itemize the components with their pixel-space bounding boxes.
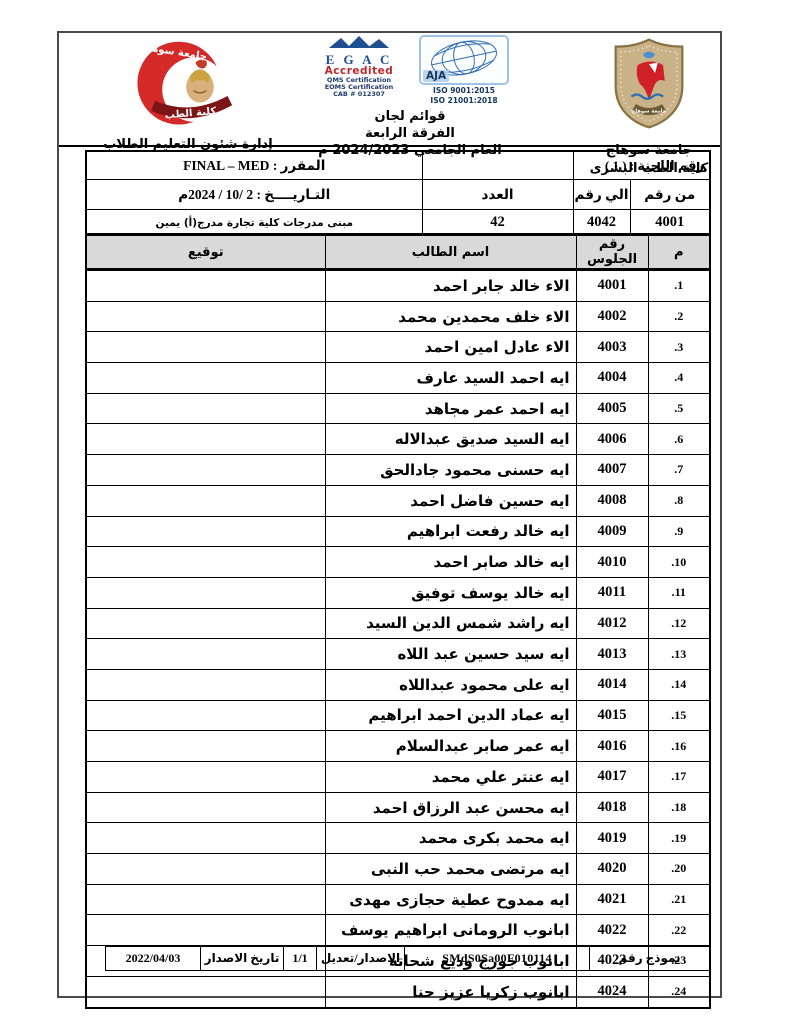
- row-index: 20.: [648, 854, 710, 885]
- seat-number: 4022: [576, 915, 648, 946]
- table-row: 3. 4003 الاء عادل امين احمد: [86, 332, 710, 363]
- table-row: 6. 4006 ايه السيد صديق عبدالاله: [86, 424, 710, 455]
- signature-cell: [86, 332, 325, 363]
- university-shield-icon: جامعة سوهاج: [605, 37, 693, 137]
- signature-cell: [86, 270, 325, 302]
- row-index: 17.: [648, 762, 710, 793]
- signature-cell: [86, 485, 325, 516]
- signature-cell: [86, 516, 325, 547]
- from-number-label: من رقم: [630, 180, 710, 210]
- aja-globe-box: AJA: [419, 35, 509, 85]
- student-name: ايه سيد حسين عبد اللاه: [325, 639, 576, 670]
- student-name: ايه ممدوح عطية حجازى مهدى: [325, 884, 576, 915]
- students-table: م رقم الجلوس اسم الطالب توقيع 1. 4001 ال…: [85, 233, 711, 1009]
- table-row: 8. 4008 ايه حسين فاضل احمد: [86, 485, 710, 516]
- seat-number: 4018: [576, 792, 648, 823]
- student-name: ايه عمر صابر عبدالسلام: [325, 731, 576, 762]
- seat-number: 4002: [576, 301, 648, 332]
- table-row: 21. 4021 ايه ممدوح عطية حجازى مهدى: [86, 884, 710, 915]
- table-row: 11. 4011 ايه خالد يوسف توفيق: [86, 577, 710, 608]
- student-name: ايه خالد يوسف توفيق: [325, 577, 576, 608]
- signature-cell: [86, 762, 325, 793]
- form-number-label: نموذج رقم: [590, 947, 710, 971]
- student-name: ايه مرتضى محمد حب النبى: [325, 854, 576, 885]
- student-name: ايه السيد صديق عبدالاله: [325, 424, 576, 455]
- row-index: 15.: [648, 700, 710, 731]
- seat-number: 4008: [576, 485, 648, 516]
- table-row: 17. 4017 ايه عنتر علي محمد: [86, 762, 710, 793]
- seat-number: 4017: [576, 762, 648, 793]
- student-name: ايه خالد صابر احمد: [325, 547, 576, 578]
- signature-cell: [86, 915, 325, 946]
- egac-cert-line: CAB # 012307: [310, 91, 408, 98]
- student-name: ايه راشد شمس الدين السيد: [325, 608, 576, 639]
- student-name: الاء خلف محمدين محمد: [325, 301, 576, 332]
- row-index: 16.: [648, 731, 710, 762]
- seat-number: 4012: [576, 608, 648, 639]
- student-name: ايه حسين فاضل احمد: [325, 485, 576, 516]
- table-row: 16. 4016 ايه عمر صابر عبدالسلام: [86, 731, 710, 762]
- row-index: 24.: [648, 976, 710, 1007]
- student-name: ايه عنتر علي محمد: [325, 762, 576, 793]
- student-name: ايه احمد عمر مجاهد: [325, 393, 576, 424]
- student-name: ايه على محمود عبداللاه: [325, 669, 576, 700]
- row-index: 12.: [648, 608, 710, 639]
- seat-number: 4010: [576, 547, 648, 578]
- student-name: الاء عادل امين احمد: [325, 332, 576, 363]
- table-row: 20. 4020 ايه مرتضى محمد حب النبى: [86, 854, 710, 885]
- form-number-value: SMdS0Sa00F010114: [405, 947, 590, 971]
- seat-number: 4007: [576, 455, 648, 486]
- seat-number: 4011: [576, 577, 648, 608]
- student-name: ايه عماد الدين احمد ابراهيم: [325, 700, 576, 731]
- student-name: ابانوب زكريا عزيز حنا: [325, 976, 576, 1007]
- header-center-block: E G A C Accredited QMS Certification EOM…: [295, 35, 525, 159]
- exam-date-cell: التـاريــــخ : 2 /10 / 2024م: [86, 180, 422, 210]
- student-name: الاء خالد جابر احمد: [325, 270, 576, 302]
- seat-number: 4014: [576, 669, 648, 700]
- info-row-2: من رقم الي رقم العدد التـاريــــخ : 2 /1…: [86, 180, 710, 210]
- row-index: 6.: [648, 424, 710, 455]
- signature-cell: [86, 669, 325, 700]
- seat-number: 4015: [576, 700, 648, 731]
- to-number-label: الي رقم: [573, 180, 630, 210]
- certification-logos-row: E G A C Accredited QMS Certification EOM…: [295, 35, 525, 106]
- row-index: 1.: [648, 270, 710, 302]
- signature-cell: [86, 731, 325, 762]
- students-table-header: م رقم الجلوس اسم الطالب توقيع: [86, 235, 710, 270]
- row-index: 19.: [648, 823, 710, 854]
- signature-cell: [86, 792, 325, 823]
- seat-number: 4009: [576, 516, 648, 547]
- seat-number: 4001: [576, 270, 648, 302]
- faculty-crescent-logo-block: جامعة سوهاج كلية الطب إدارة شئون التعليم…: [81, 39, 295, 152]
- student-name: ابانوب الرومانى ابراهيم يوسف: [325, 915, 576, 946]
- table-row: 18. 4018 ايه محسن عبد الرزاق احمد: [86, 792, 710, 823]
- aja-logo: AJA ISO 9001:2015 ISO 21001:2018: [418, 35, 510, 106]
- table-row: 22. 4022 ابانوب الرومانى ابراهيم يوسف: [86, 915, 710, 946]
- row-index: 22.: [648, 915, 710, 946]
- row-index: 5.: [648, 393, 710, 424]
- signature-cell: [86, 393, 325, 424]
- row-index: 18.: [648, 792, 710, 823]
- table-row: 14. 4014 ايه على محمود عبداللاه: [86, 669, 710, 700]
- count-label: العدد: [422, 180, 573, 210]
- signature-cell: [86, 884, 325, 915]
- signature-cell: [86, 301, 325, 332]
- signature-cell: [86, 424, 325, 455]
- signature-cell: [86, 854, 325, 885]
- signature-cell: [86, 547, 325, 578]
- form-footer-table: نموذج رقم SMdS0Sa00F010114 الاصدار/تعديل…: [105, 946, 710, 971]
- row-index: 21.: [648, 884, 710, 915]
- student-name: ايه محمد بكرى محمد: [325, 823, 576, 854]
- seat-number: 4016: [576, 731, 648, 762]
- shield-banner-text: جامعة سوهاج: [632, 108, 667, 114]
- table-row: 1. 4001 الاء خالد جابر احمد: [86, 270, 710, 302]
- aja-iso-line: ISO 21001:2018: [418, 96, 510, 105]
- seat-number: 4013: [576, 639, 648, 670]
- table-row: 13. 4013 ايه سيد حسين عبد اللاه: [86, 639, 710, 670]
- student-name: ايه احمد السيد عارف: [325, 363, 576, 394]
- seat-number: 4019: [576, 823, 648, 854]
- egac-logo: E G A C Accredited QMS Certification EOM…: [310, 35, 408, 98]
- table-row: 2. 4002 الاء خلف محمدين محمد: [86, 301, 710, 332]
- table-row: 7. 4007 ايه حسنى محمود جادالحق: [86, 455, 710, 486]
- col-header-index: م: [648, 235, 710, 270]
- student-name: ايه محسن عبد الرزاق احمد: [325, 792, 576, 823]
- scanned-document-page: جامعة سوهاج كلية الطب إدارة شئون التعليم…: [0, 0, 791, 1024]
- row-index: 4.: [648, 363, 710, 394]
- row-index: 14.: [648, 669, 710, 700]
- signature-cell: [86, 700, 325, 731]
- students-tbody: 1. 4001 الاء خالد جابر احمد 2. 4002 الاء…: [86, 270, 710, 1008]
- table-row: 15. 4015 ايه عماد الدين احمد ابراهيم: [86, 700, 710, 731]
- aja-iso-line: ISO 9001:2015: [418, 86, 510, 95]
- course-cell: المقرر : FINAL – MED: [86, 151, 422, 180]
- signature-cell: [86, 639, 325, 670]
- info-row-1: رقم اللجنة : ( 1 ) المقرر : FINAL – MED: [86, 151, 710, 180]
- seat-number: 4024: [576, 976, 648, 1007]
- col-header-seat: رقم الجلوس: [576, 235, 648, 270]
- seat-number: 4021: [576, 884, 648, 915]
- signature-cell: [86, 823, 325, 854]
- page-frame: جامعة سوهاج كلية الطب إدارة شئون التعليم…: [57, 31, 722, 998]
- row-index: 7.: [648, 455, 710, 486]
- egac-mountains-icon: [327, 35, 391, 49]
- table-row: 12. 4012 ايه راشد شمس الدين السيد: [86, 608, 710, 639]
- row-index: 11.: [648, 577, 710, 608]
- row-index: 10.: [648, 547, 710, 578]
- crescent-logo-icon: جامعة سوهاج كلية الطب: [112, 39, 264, 131]
- row-index: 13.: [648, 639, 710, 670]
- table-row: 10. 4010 ايه خالد صابر احمد: [86, 547, 710, 578]
- student-name: ايه حسنى محمود جادالحق: [325, 455, 576, 486]
- seat-number: 4003: [576, 332, 648, 363]
- signature-cell: [86, 608, 325, 639]
- signature-cell: [86, 976, 325, 1007]
- signature-cell: [86, 363, 325, 394]
- table-row: 9. 4009 ايه خالد رفعت ابراهيم: [86, 516, 710, 547]
- issue-label: الاصدار/تعديل: [317, 947, 405, 971]
- col-header-signature: توقيع: [86, 235, 325, 270]
- signature-cell: [86, 455, 325, 486]
- egac-acronym: E G A C: [310, 53, 408, 67]
- row-index: 2.: [648, 301, 710, 332]
- header-separator-rule: [59, 145, 720, 147]
- seat-number: 4004: [576, 363, 648, 394]
- student-name: ايه خالد رفعت ابراهيم: [325, 516, 576, 547]
- empty-cell: [422, 151, 573, 180]
- title-line-grade: الفرقة الرابعة: [295, 126, 525, 143]
- table-row: 24. 4024 ابانوب زكريا عزيز حنا: [86, 976, 710, 1007]
- col-header-name: اسم الطالب: [325, 235, 576, 270]
- row-index: 8.: [648, 485, 710, 516]
- signature-cell: [86, 577, 325, 608]
- title-line-committees: قوائم لجان: [295, 109, 525, 126]
- table-row: 4. 4004 ايه احمد السيد عارف: [86, 363, 710, 394]
- issue-date-label: تاريخ الاصدار: [201, 947, 284, 971]
- seat-number: 4006: [576, 424, 648, 455]
- issue-date-value: 2022/04/03: [106, 947, 201, 971]
- table-row: 19. 4019 ايه محمد بكرى محمد: [86, 823, 710, 854]
- row-index: 9.: [648, 516, 710, 547]
- seat-number: 4005: [576, 393, 648, 424]
- committee-info-table: رقم اللجنة : ( 1 ) المقرر : FINAL – MED …: [85, 150, 711, 237]
- seat-number: 4020: [576, 854, 648, 885]
- issue-value: 1/1: [284, 947, 317, 971]
- row-index: 3.: [648, 332, 710, 363]
- table-row: 5. 4005 ايه احمد عمر مجاهد: [86, 393, 710, 424]
- committee-number-cell: رقم اللجنة : ( 1 ): [573, 151, 710, 180]
- aja-acronym: AJA: [423, 70, 449, 82]
